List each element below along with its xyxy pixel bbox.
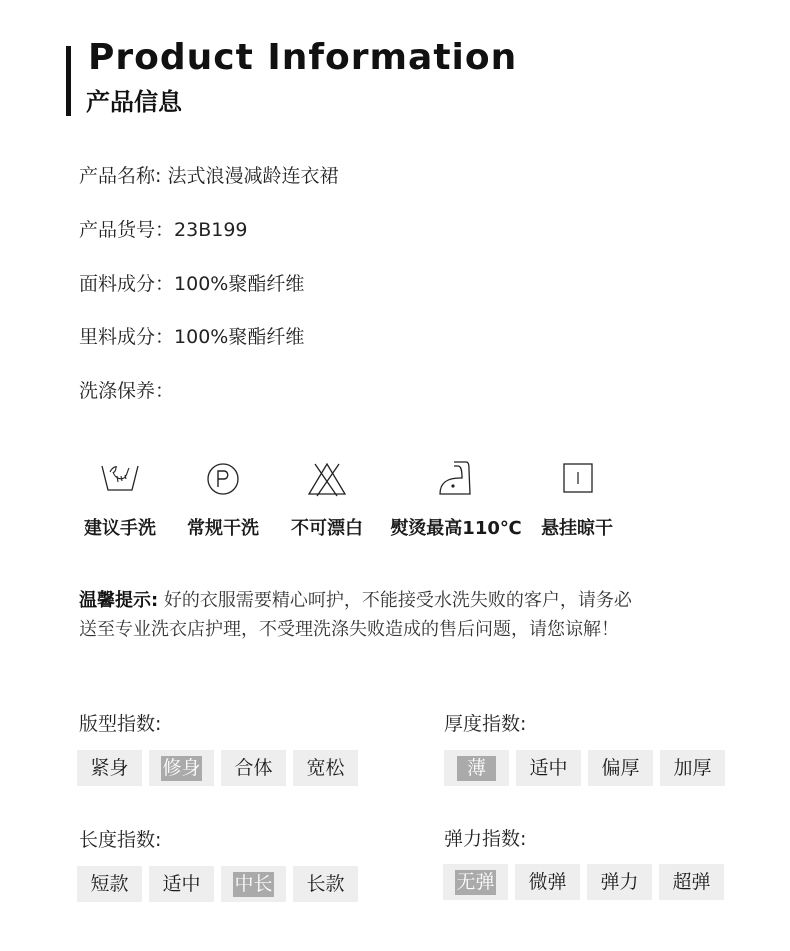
care-label: 不可漂白 xyxy=(286,514,368,540)
fit-index-label: 版型指数: xyxy=(79,711,161,737)
option-label: 适中 xyxy=(528,756,568,781)
option-label: 加厚 xyxy=(672,756,712,781)
info-label: 产品货号： xyxy=(79,219,174,241)
thickness-index-options: 薄 适中 偏厚 加厚 xyxy=(444,750,725,786)
care-item-dry-clean: 常规干洗 xyxy=(182,458,264,540)
info-lining: 里料成分：100%聚酯纤维 xyxy=(79,324,304,350)
option-label: 中长 xyxy=(233,872,273,897)
info-value: 100%聚酯纤维 xyxy=(174,326,304,348)
care-label: 熨烫最高110℃ xyxy=(386,514,526,540)
warm-tip: 温馨提示: 好的衣服需要精心呵护，不能接受水洗失败的客户，请务必送至专业洗衣店护… xyxy=(79,586,639,644)
dry-clean-p-icon xyxy=(199,458,247,498)
care-item-hand-wash: 建议手洗 xyxy=(79,458,161,540)
option-label: 修身 xyxy=(161,756,201,781)
fit-index-options: 紧身 修身 合体 宽松 xyxy=(77,750,358,786)
option-label: 合体 xyxy=(233,756,273,781)
thickness-option-thick[interactable]: 偏厚 xyxy=(588,750,653,786)
warm-tip-text: 好的衣服需要精心呵护，不能接受水洗失败的客户，请务必送至专业洗衣店护理，不受理洗… xyxy=(79,590,632,640)
elasticity-index-options: 无弹 微弹 弹力 超弹 xyxy=(443,864,724,900)
fit-option-slim[interactable]: 修身 xyxy=(149,750,214,786)
info-product-name: 产品名称: 法式浪漫减龄连衣裙 xyxy=(79,163,338,189)
length-option-short[interactable]: 短款 xyxy=(77,866,142,902)
no-bleach-icon xyxy=(303,458,351,498)
option-label: 宽松 xyxy=(305,756,345,781)
care-item-iron: 熨烫最高110℃ xyxy=(386,458,526,540)
option-label: 长款 xyxy=(305,872,345,897)
option-label: 短款 xyxy=(89,872,129,897)
length-option-regular[interactable]: 适中 xyxy=(149,866,214,902)
page-title-cn: 产品信息 xyxy=(86,86,182,118)
title-accent-bar xyxy=(66,46,71,116)
care-label: 建议手洗 xyxy=(79,514,161,540)
care-item-no-bleach: 不可漂白 xyxy=(286,458,368,540)
option-label: 紧身 xyxy=(89,756,129,781)
option-label: 微弹 xyxy=(527,870,567,895)
thickness-option-extra-thick[interactable]: 加厚 xyxy=(660,750,725,786)
fit-option-loose[interactable]: 宽松 xyxy=(293,750,358,786)
line-dry-icon xyxy=(553,458,601,498)
hand-wash-icon xyxy=(96,458,144,498)
option-label: 适中 xyxy=(161,872,201,897)
fit-option-regular[interactable]: 合体 xyxy=(221,750,286,786)
elasticity-option-slight[interactable]: 微弹 xyxy=(515,864,580,900)
length-index-options: 短款 适中 中长 长款 xyxy=(77,866,358,902)
elasticity-option-stretch[interactable]: 弹力 xyxy=(587,864,652,900)
page-title-en: Product Information xyxy=(88,36,517,80)
fit-option-tight[interactable]: 紧身 xyxy=(77,750,142,786)
thickness-option-medium[interactable]: 适中 xyxy=(516,750,581,786)
care-label: 常规干洗 xyxy=(182,514,264,540)
info-value: 法式浪漫减龄连衣裙 xyxy=(161,165,338,187)
care-symbols: 建议手洗 常规干洗 不可漂白 熨烫最高110℃ 悬挂晾干 xyxy=(0,458,790,548)
option-label: 薄 xyxy=(457,756,496,781)
info-care: 洗涤保养： xyxy=(79,378,174,404)
elasticity-option-none[interactable]: 无弹 xyxy=(443,864,508,900)
length-index-label: 长度指数: xyxy=(79,827,161,853)
warm-tip-label: 温馨提示: xyxy=(79,590,158,611)
iron-low-icon xyxy=(432,458,480,498)
info-label: 产品名称: xyxy=(79,165,161,187)
info-label: 里料成分： xyxy=(79,326,174,348)
info-product-sku: 产品货号：23B199 xyxy=(79,217,248,243)
option-label: 无弹 xyxy=(455,870,495,895)
info-value: 100%聚酯纤维 xyxy=(174,273,304,295)
info-label: 洗涤保养： xyxy=(79,380,174,402)
elasticity-index-label: 弹力指数: xyxy=(444,826,526,852)
info-value: 23B199 xyxy=(174,219,247,241)
option-label: 弹力 xyxy=(599,870,639,895)
length-option-midi[interactable]: 中长 xyxy=(221,866,286,902)
care-item-line-dry: 悬挂晾干 xyxy=(536,458,618,540)
option-label: 超弹 xyxy=(671,870,711,895)
option-label: 偏厚 xyxy=(600,756,640,781)
care-label: 悬挂晾干 xyxy=(536,514,618,540)
thickness-option-thin[interactable]: 薄 xyxy=(444,750,509,786)
info-fabric: 面料成分：100%聚酯纤维 xyxy=(79,271,304,297)
elasticity-option-super[interactable]: 超弹 xyxy=(659,864,724,900)
length-option-long[interactable]: 长款 xyxy=(293,866,358,902)
info-label: 面料成分： xyxy=(79,273,174,295)
thickness-index-label: 厚度指数: xyxy=(444,711,526,737)
